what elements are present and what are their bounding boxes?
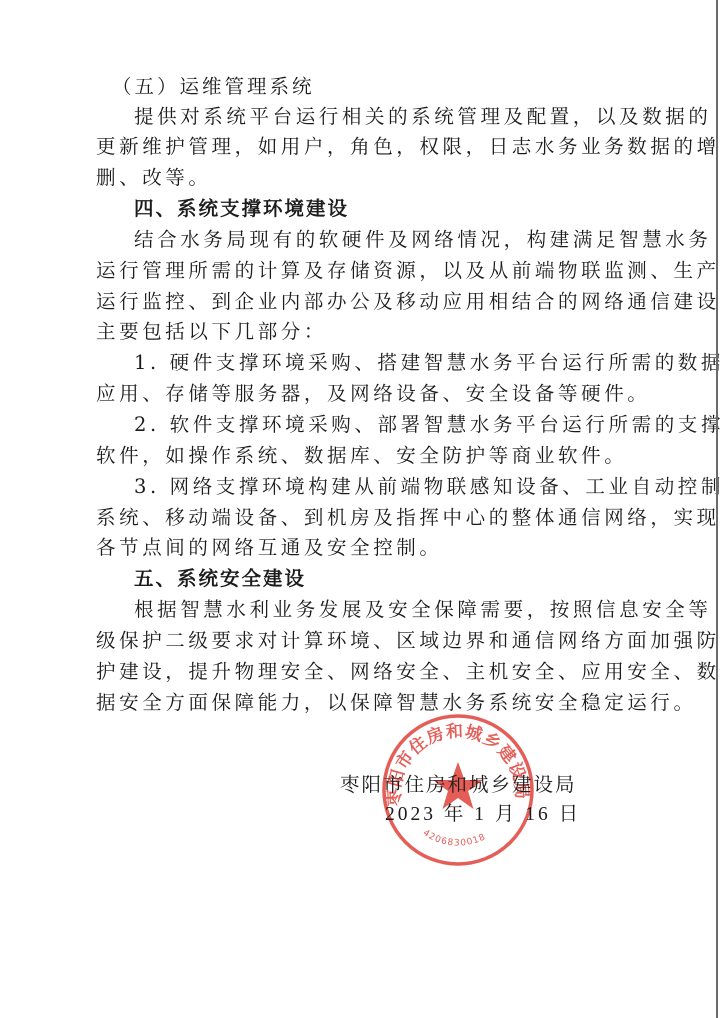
paragraph-line: 护建设，提升物理安全、网络安全、主机安全、应用安全、数 <box>96 657 720 687</box>
paragraph-line: 提供对系统平台运行相关的系统管理及配置，以及数据的 <box>134 102 712 132</box>
subsection-title: （五）运维管理系统 <box>112 72 315 102</box>
list-item-line: 各节点间的网络互通及安全控制。 <box>96 533 443 563</box>
paragraph-line: 运行监控、到企业内部办公及移动应用相结合的网络通信建设。 <box>96 287 720 317</box>
signature-organization: 枣阳市住房和城乡建设局 <box>340 770 577 800</box>
paragraph-line: 级保护二级要求对计算环境、区域边界和通信网络方面加强防 <box>96 626 720 656</box>
list-item-line: 1. 硬件支撑环境采购、搭建智慧水务平台运行所需的数据、 <box>134 348 720 378</box>
paragraph-line: 根据智慧水利业务发展及安全保障需要，按照信息安全等 <box>134 595 712 625</box>
list-item-line: 应用、存储等服务器，及网络设备、安全设备等硬件。 <box>96 379 650 409</box>
document-page: （五）运维管理系统 提供对系统平台运行相关的系统管理及配置，以及数据的 更新维护… <box>0 0 720 1018</box>
list-item-line: 3. 网络支撑环境构建从前端物联感知设备、工业自动控制 <box>134 472 720 502</box>
section-heading: 五、系统安全建设 <box>134 564 306 594</box>
paragraph-line: 运行管理所需的计算及存储资源，以及从前端物联监测、生产 <box>96 256 720 286</box>
paragraph-line: 更新维护管理，如用户，角色，权限，日志水务业务数据的增、 <box>96 132 720 162</box>
list-item-line: 2. 软件支撑环境采购、部署智慧水务平台运行所需的支撑 <box>134 410 720 440</box>
list-item-line: 系统、移动端设备、到机房及指挥中心的整体通信网络，实现 <box>96 503 720 533</box>
paragraph-line: 结合水务局现有的软硬件及网络情况，构建满足智慧水务 <box>134 225 712 255</box>
section-heading: 四、系统支撑环境建设 <box>134 194 349 224</box>
paragraph-line: 删、改等。 <box>96 163 212 193</box>
scan-edge-line <box>716 0 718 1018</box>
svg-text:4206830018: 4206830018 <box>421 828 488 848</box>
list-item-line: 软件，如操作系统、数据库、安全防护等商业软件。 <box>96 441 627 471</box>
signature-date: 2023 年 1 月 16 日 <box>385 800 581 830</box>
paragraph-line: 主要包括以下几部分： <box>96 317 327 347</box>
